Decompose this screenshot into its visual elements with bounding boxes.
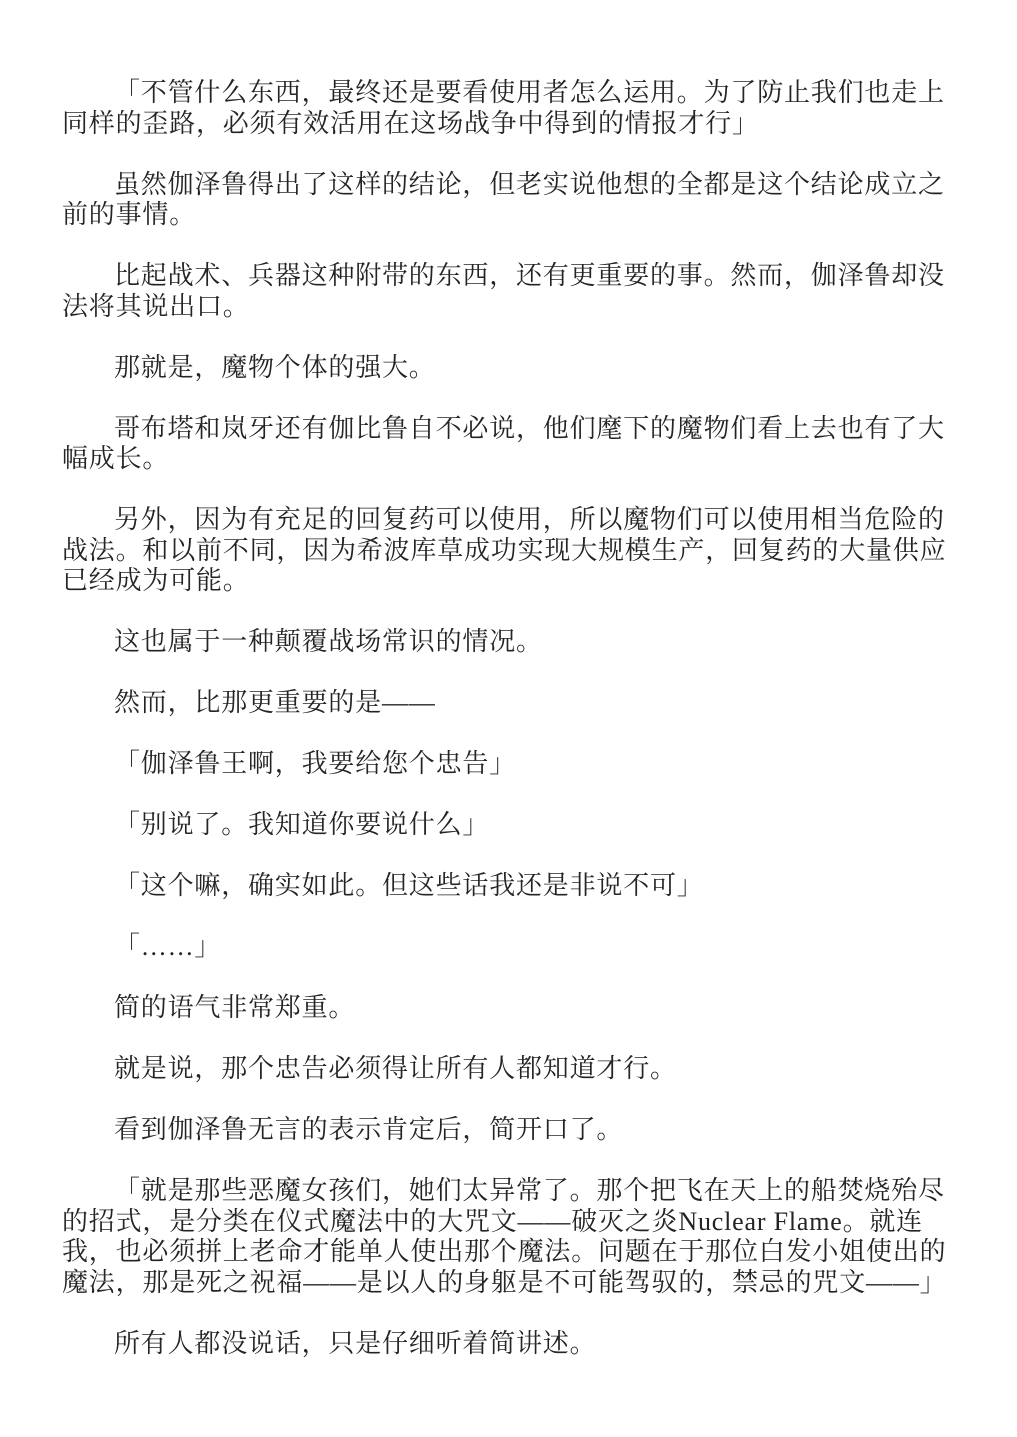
paragraph: 另外，因为有充足的回复药可以使用，所以魔物们可以使用相当危险的战法。和以前不同，…	[62, 505, 955, 597]
paragraph: 就是说，那个忠告必须得让所有人都知道才行。	[62, 1054, 955, 1085]
paragraph: 「不管什么东西，最终还是要看使用者怎么运用。为了防止我们也走上同样的歪路，必须有…	[62, 78, 955, 139]
document-page: 「不管什么东西，最终还是要看使用者怎么运用。为了防止我们也走上同样的歪路，必须有…	[0, 0, 1017, 1437]
paragraph: 「伽泽鲁王啊，我要给您个忠告」	[62, 749, 955, 780]
paragraph: 「别说了。我知道你要说什么」	[62, 810, 955, 841]
paragraph: 「就是那些恶魔女孩们，她们太异常了。那个把飞在天上的船焚烧殆尽的招式，是分类在仪…	[62, 1176, 955, 1298]
paragraph: 这也属于一种颠覆战场常识的情况。	[62, 627, 955, 658]
paragraph: 虽然伽泽鲁得出了这样的结论，但老实说他想的全都是这个结论成立之前的事情。	[62, 170, 955, 231]
text-content: 「不管什么东西，最终还是要看使用者怎么运用。为了防止我们也走上同样的歪路，必须有…	[0, 0, 1017, 1359]
paragraph: 比起战术、兵器这种附带的东西，还有更重要的事。然而，伽泽鲁却没法将其说出口。	[62, 261, 955, 322]
paragraph: 「这个嘛，确实如此。但这些话我还是非说不可」	[62, 871, 955, 902]
paragraph: 看到伽泽鲁无言的表示肯定后，简开口了。	[62, 1115, 955, 1146]
paragraph: 所有人都没说话，只是仔细听着简讲述。	[62, 1329, 955, 1360]
paragraph: 简的语气非常郑重。	[62, 993, 955, 1024]
paragraph: 哥布塔和岚牙还有伽比鲁自不必说，他们麾下的魔物们看上去也有了大幅成长。	[62, 414, 955, 475]
paragraph: 「……」	[62, 932, 955, 963]
paragraph: 然而，比那更重要的是——	[62, 688, 955, 719]
paragraph: 那就是，魔物个体的强大。	[62, 353, 955, 384]
